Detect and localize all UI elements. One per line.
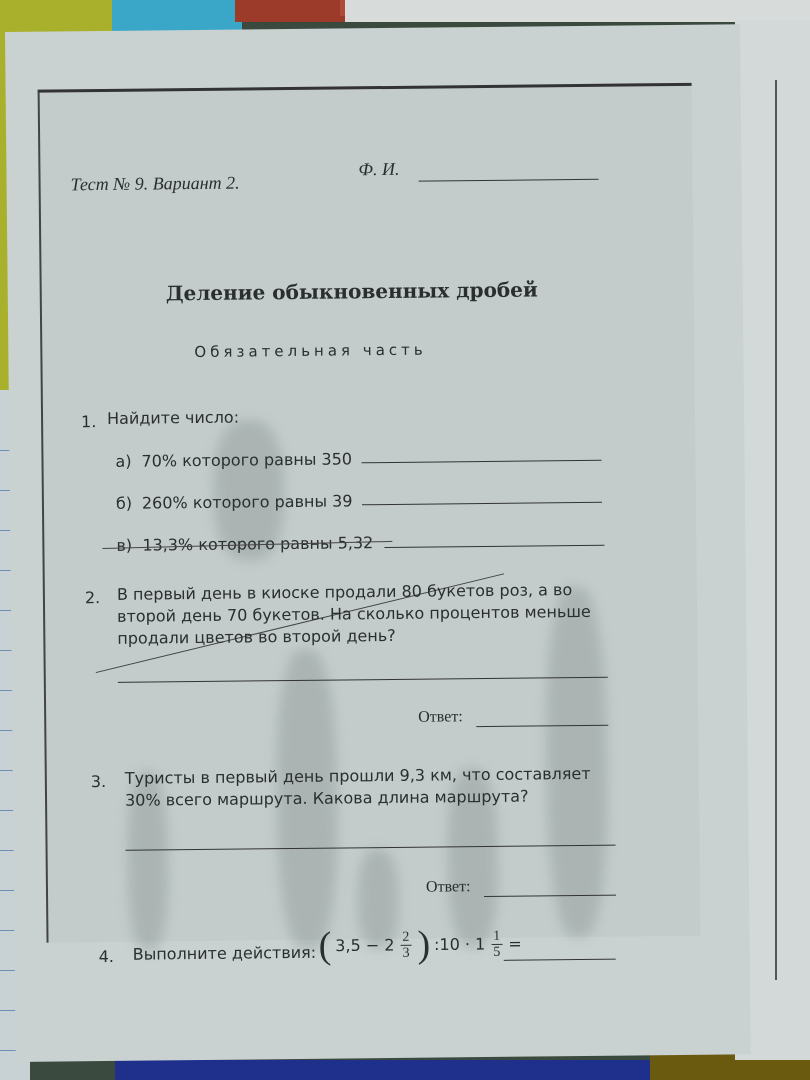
name-input-line[interactable] [419, 179, 599, 182]
section-subtitle: Обязательная часть [194, 341, 426, 361]
close-paren: ) [417, 924, 430, 966]
question-2-number: 2. [85, 588, 100, 607]
question-1c-answer-line[interactable] [384, 545, 604, 548]
question-3-line-2: 30% всего маршрута. Какова длина маршрут… [125, 786, 529, 812]
background-blue-object [115, 1060, 655, 1080]
question-3-number: 3. [91, 772, 106, 791]
question-3-answer-label: Ответ: [426, 878, 471, 896]
question-1a-text: 70% которого равны 350 [141, 449, 352, 470]
question-2-line-2: второй день 70 букетов. На сколько проце… [117, 601, 591, 628]
question-1c-label: в) [116, 536, 132, 555]
question-1b-answer-line[interactable] [362, 502, 602, 506]
question-1a-answer-line[interactable] [362, 460, 602, 464]
open-paren: ( [318, 925, 331, 967]
expr-middle: :10 · 1 [434, 935, 485, 955]
test-variant-label: Тест № 9. Вариант 2. [70, 173, 239, 196]
question-4-text: Выполните действия: [133, 942, 317, 966]
question-1b-text: 260% которого равны 39 [142, 491, 353, 512]
background-white-object [345, 0, 810, 22]
fraction-two-thirds: 2 3 [400, 929, 411, 960]
question-1-number: 1. [81, 412, 96, 431]
question-2-line-3: продали цветов во второй день? [117, 625, 396, 650]
page-title: Деление обыкновенных дробей [166, 277, 538, 305]
question-1-text: Найдите число: [107, 407, 239, 430]
background-red-object [235, 0, 345, 22]
question-4-number: 4. [99, 947, 114, 966]
question-1b-label: б) [116, 494, 132, 513]
question-4-expression: ( 3,5 − 2 2 3 ) :10 · 1 1 5 = [318, 922, 522, 968]
expr-equals: = [508, 934, 522, 953]
question-2-answer-label: Ответ: [418, 708, 463, 726]
expr-minuend: 3,5 − 2 [335, 935, 394, 955]
question-4-answer-line[interactable] [504, 959, 616, 961]
next-page-frame-line [775, 80, 777, 980]
question-2-work-line[interactable] [118, 677, 608, 683]
question-1a-label: а) [115, 452, 131, 471]
fraction-one-fifth: 1 5 [491, 928, 502, 959]
page-frame: Тест № 9. Вариант 2. Ф. И. Деление обыкн… [38, 83, 701, 943]
test-sheet: Тест № 9. Вариант 2. Ф. И. Деление обыкн… [5, 24, 751, 1062]
name-label: Ф. И. [358, 159, 399, 180]
